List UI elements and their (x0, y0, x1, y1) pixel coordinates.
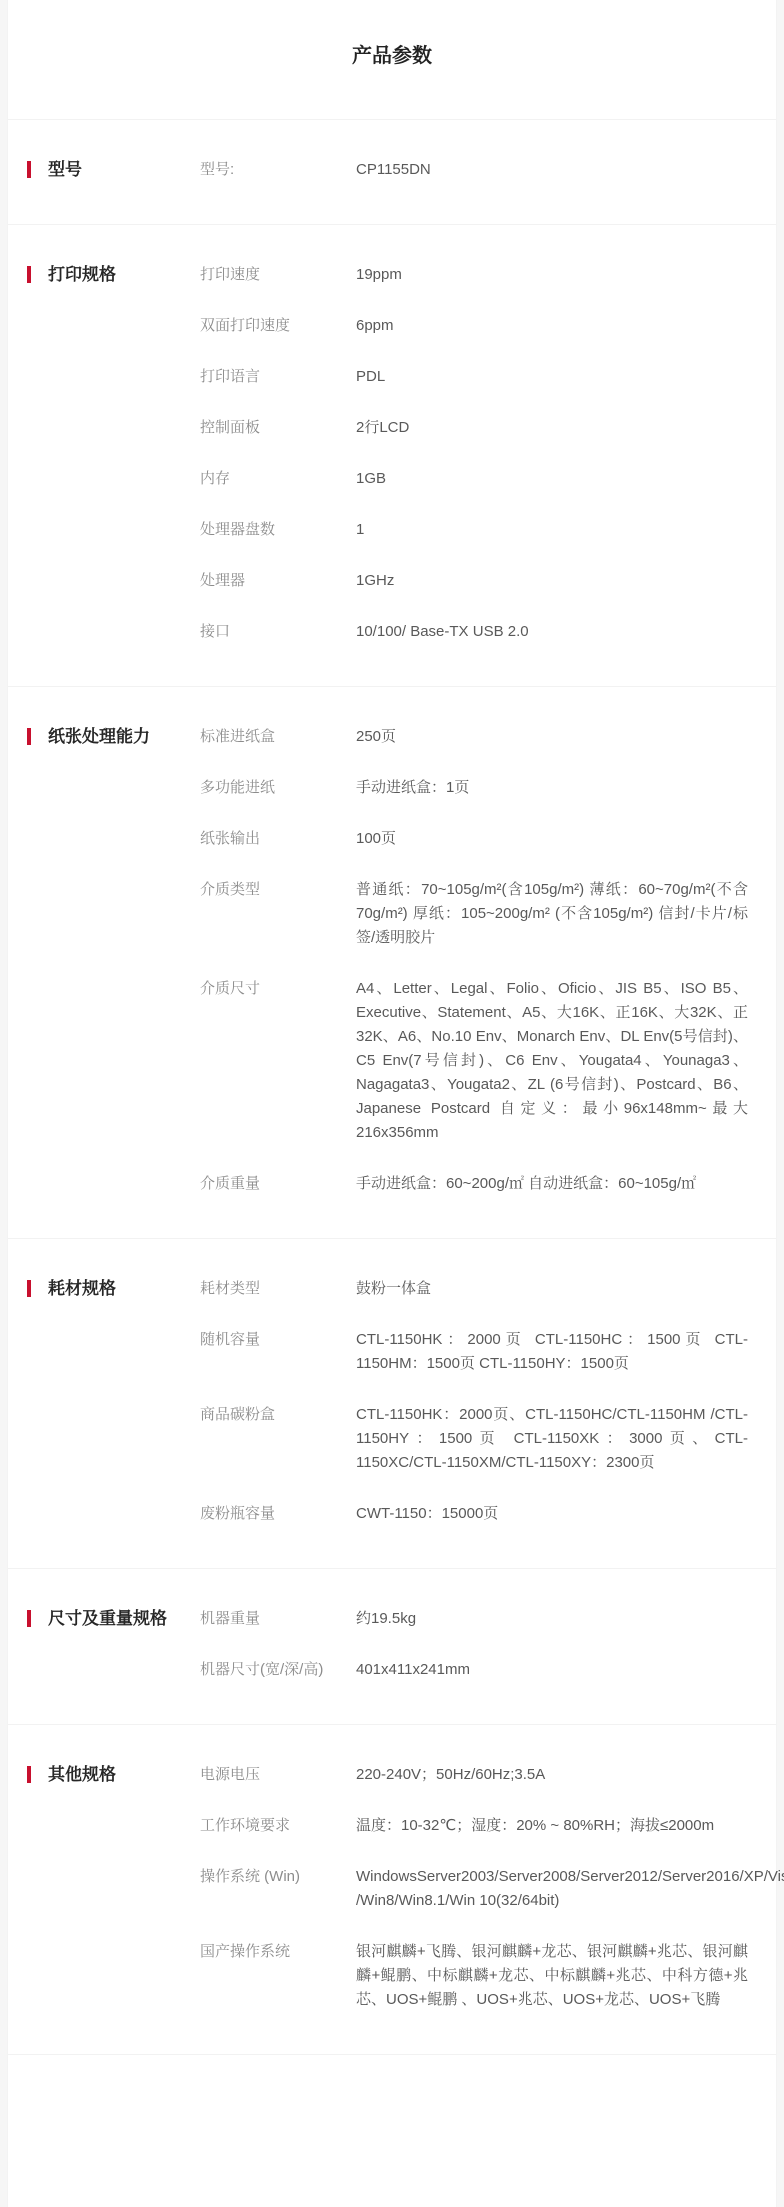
spec-row: 介质类型 普通纸：70~105g/m²(含105g/m²) 薄纸：60~70g/… (200, 878, 748, 950)
spec-row: 打印速度 19ppm (200, 263, 748, 287)
red-accent-bar (27, 266, 31, 283)
spec-value: 普通纸：70~105g/m²(含105g/m²) 薄纸：60~70g/m²(不含… (356, 878, 748, 950)
spec-value: 约19.5kg (356, 1607, 748, 1631)
spec-label: 双面打印速度 (200, 314, 356, 338)
red-accent-bar (27, 1766, 31, 1783)
spec-label: 电源电压 (200, 1763, 356, 1787)
spec-row: 耗材类型 鼓粉一体盒 (200, 1277, 748, 1301)
spec-sections: 型号 型号: CP1155DN 打印规格 打印速度 19ppm 双面打印速度 6… (8, 120, 776, 2055)
spec-row: 商品碳粉盒 CTL-1150HK：2000页、CTL-1150HC/CTL-11… (200, 1403, 748, 1475)
section-rows: 电源电压 220-240V；50Hz/60Hz;3.5A 工作环境要求 温度：1… (200, 1763, 748, 2012)
spec-row: 操作系统 (Win) WindowsServer2003/Server2008/… (200, 1865, 748, 1913)
spec-label: 商品碳粉盒 (200, 1403, 356, 1427)
spec-value: 10/100/ Base-TX USB 2.0 (356, 620, 748, 644)
red-accent-bar (27, 1280, 31, 1297)
red-accent-bar (27, 161, 31, 178)
spec-row: 机器重量 约19.5kg (200, 1607, 748, 1631)
spec-label: 打印语言 (200, 365, 356, 389)
spec-row: 介质尺寸 A4、Letter、Legal、Folio、Oficio、JIS B5… (200, 977, 748, 1145)
spec-value: A4、Letter、Legal、Folio、Oficio、JIS B5、ISO … (356, 977, 748, 1145)
section-heading: 型号 (27, 158, 200, 182)
spec-row: 废粉瓶容量 CWT-1150：15000页 (200, 1502, 748, 1526)
spec-value: CP1155DN (356, 158, 748, 182)
section-rows: 标准进纸盒 250页 多功能进纸 手动进纸盒：1页 纸张输出 100页 介质类型… (200, 725, 748, 1196)
spec-label: 工作环境要求 (200, 1814, 356, 1838)
spec-row: 控制面板 2行LCD (200, 416, 748, 440)
spec-row: 标准进纸盒 250页 (200, 725, 748, 749)
spec-label: 操作系统 (Win) (200, 1865, 356, 1889)
section-heading: 其他规格 (27, 1763, 200, 1787)
section-heading-label: 打印规格 (48, 263, 116, 287)
spec-label: 处理器 (200, 569, 356, 593)
spec-section: 耗材规格 耗材类型 鼓粉一体盒 随机容量 CTL-1150HK：2000页 CT… (8, 1239, 776, 1569)
spec-label: 接口 (200, 620, 356, 644)
spec-value: 100页 (356, 827, 748, 851)
spec-label: 机器尺寸(宽/深/高) (200, 1658, 356, 1682)
red-accent-bar (27, 1610, 31, 1627)
spec-value: CWT-1150：15000页 (356, 1502, 748, 1526)
spec-label: 介质类型 (200, 878, 356, 902)
section-rows: 耗材类型 鼓粉一体盒 随机容量 CTL-1150HK：2000页 CTL-115… (200, 1277, 748, 1526)
spec-section: 纸张处理能力 标准进纸盒 250页 多功能进纸 手动进纸盒：1页 纸张输出 10… (8, 687, 776, 1239)
spec-value: 鼓粉一体盒 (356, 1277, 748, 1301)
spec-value: 手动进纸盒：60~200g/㎡ 自动进纸盒：60~105g/㎡ (356, 1172, 748, 1196)
spec-label: 处理器盘数 (200, 518, 356, 542)
spec-row: 国产操作系统 银河麒麟+飞腾、银河麒麟+龙芯、银河麒麟+兆芯、银河麒麟+鲲鹏、中… (200, 1940, 748, 2012)
spec-value: 6ppm (356, 314, 748, 338)
spec-value: 1GHz (356, 569, 748, 593)
spec-value: 手动进纸盒：1页 (356, 776, 748, 800)
spec-row: 机器尺寸(宽/深/高) 401x411x241mm (200, 1658, 748, 1682)
spec-label: 打印速度 (200, 263, 356, 287)
spec-label: 介质重量 (200, 1172, 356, 1196)
spec-value: CTL-1150HK：2000页、CTL-1150HC/CTL-1150HM /… (356, 1403, 748, 1475)
spec-value: 银河麒麟+飞腾、银河麒麟+龙芯、银河麒麟+兆芯、银河麒麟+鲲鹏、中标麒麟+龙芯、… (356, 1940, 748, 2012)
section-heading: 纸张处理能力 (27, 725, 200, 749)
spec-value: PDL (356, 365, 748, 389)
section-heading: 打印规格 (27, 263, 200, 287)
red-accent-bar (27, 728, 31, 745)
spec-label: 废粉瓶容量 (200, 1502, 356, 1526)
spec-label: 型号: (200, 158, 356, 182)
spec-section: 型号 型号: CP1155DN (8, 120, 776, 225)
section-heading-label: 其他规格 (48, 1763, 116, 1787)
spec-value: 19ppm (356, 263, 748, 287)
spec-label: 机器重量 (200, 1607, 356, 1631)
spec-value: 220-240V；50Hz/60Hz;3.5A (356, 1763, 748, 1787)
section-heading-label: 尺寸及重量规格 (48, 1607, 167, 1631)
spec-value: 2行LCD (356, 416, 748, 440)
section-heading: 尺寸及重量规格 (27, 1607, 200, 1631)
spec-row: 打印语言 PDL (200, 365, 748, 389)
spec-row: 随机容量 CTL-1150HK：2000页 CTL-1150HC：1500页 C… (200, 1328, 748, 1376)
spec-row: 接口 10/100/ Base-TX USB 2.0 (200, 620, 748, 644)
spec-value: 250页 (356, 725, 748, 749)
section-heading-label: 耗材规格 (48, 1277, 116, 1301)
spec-label: 控制面板 (200, 416, 356, 440)
spec-row: 工作环境要求 温度：10-32℃；湿度：20% ~ 80%RH；海拔≤2000m (200, 1814, 748, 1838)
spec-value: WindowsServer2003/Server2008/Server2012/… (356, 1865, 748, 1913)
spec-section: 打印规格 打印速度 19ppm 双面打印速度 6ppm 打印语言 PDL 控制面… (8, 225, 776, 687)
spec-value: 1GB (356, 467, 748, 491)
spec-label: 随机容量 (200, 1328, 356, 1352)
section-rows: 打印速度 19ppm 双面打印速度 6ppm 打印语言 PDL 控制面板 2行L… (200, 263, 748, 644)
section-heading: 耗材规格 (27, 1277, 200, 1301)
spec-row: 内存 1GB (200, 467, 748, 491)
page-title: 产品参数 (8, 0, 776, 120)
spec-row: 电源电压 220-240V；50Hz/60Hz;3.5A (200, 1763, 748, 1787)
spec-label: 纸张输出 (200, 827, 356, 851)
spec-row: 介质重量 手动进纸盒：60~200g/㎡ 自动进纸盒：60~105g/㎡ (200, 1172, 748, 1196)
spec-value: 1 (356, 518, 748, 542)
spec-label: 标准进纸盒 (200, 725, 356, 749)
product-spec-card: 产品参数 型号 型号: CP1155DN 打印规格 打印速度 19ppm 双面打… (8, 0, 776, 2207)
spec-row: 纸张输出 100页 (200, 827, 748, 851)
spec-row: 处理器 1GHz (200, 569, 748, 593)
section-rows: 型号: CP1155DN (200, 158, 748, 182)
spec-row: 双面打印速度 6ppm (200, 314, 748, 338)
spec-section: 尺寸及重量规格 机器重量 约19.5kg 机器尺寸(宽/深/高) 401x411… (8, 1569, 776, 1725)
spec-label: 国产操作系统 (200, 1940, 356, 1964)
section-heading-label: 纸张处理能力 (48, 725, 150, 749)
spec-label: 耗材类型 (200, 1277, 356, 1301)
spec-section: 其他规格 电源电压 220-240V；50Hz/60Hz;3.5A 工作环境要求… (8, 1725, 776, 2055)
spec-value: CTL-1150HK：2000页 CTL-1150HC：1500页 CTL-11… (356, 1328, 748, 1376)
spec-label: 介质尺寸 (200, 977, 356, 1001)
spec-row: 多功能进纸 手动进纸盒：1页 (200, 776, 748, 800)
spec-value: 401x411x241mm (356, 1658, 748, 1682)
spec-row: 处理器盘数 1 (200, 518, 748, 542)
spec-label: 多功能进纸 (200, 776, 356, 800)
spec-value: 温度：10-32℃；湿度：20% ~ 80%RH；海拔≤2000m (356, 1814, 748, 1838)
section-rows: 机器重量 约19.5kg 机器尺寸(宽/深/高) 401x411x241mm (200, 1607, 748, 1682)
spec-row: 型号: CP1155DN (200, 158, 748, 182)
spec-label: 内存 (200, 467, 356, 491)
section-heading-label: 型号 (48, 158, 82, 182)
